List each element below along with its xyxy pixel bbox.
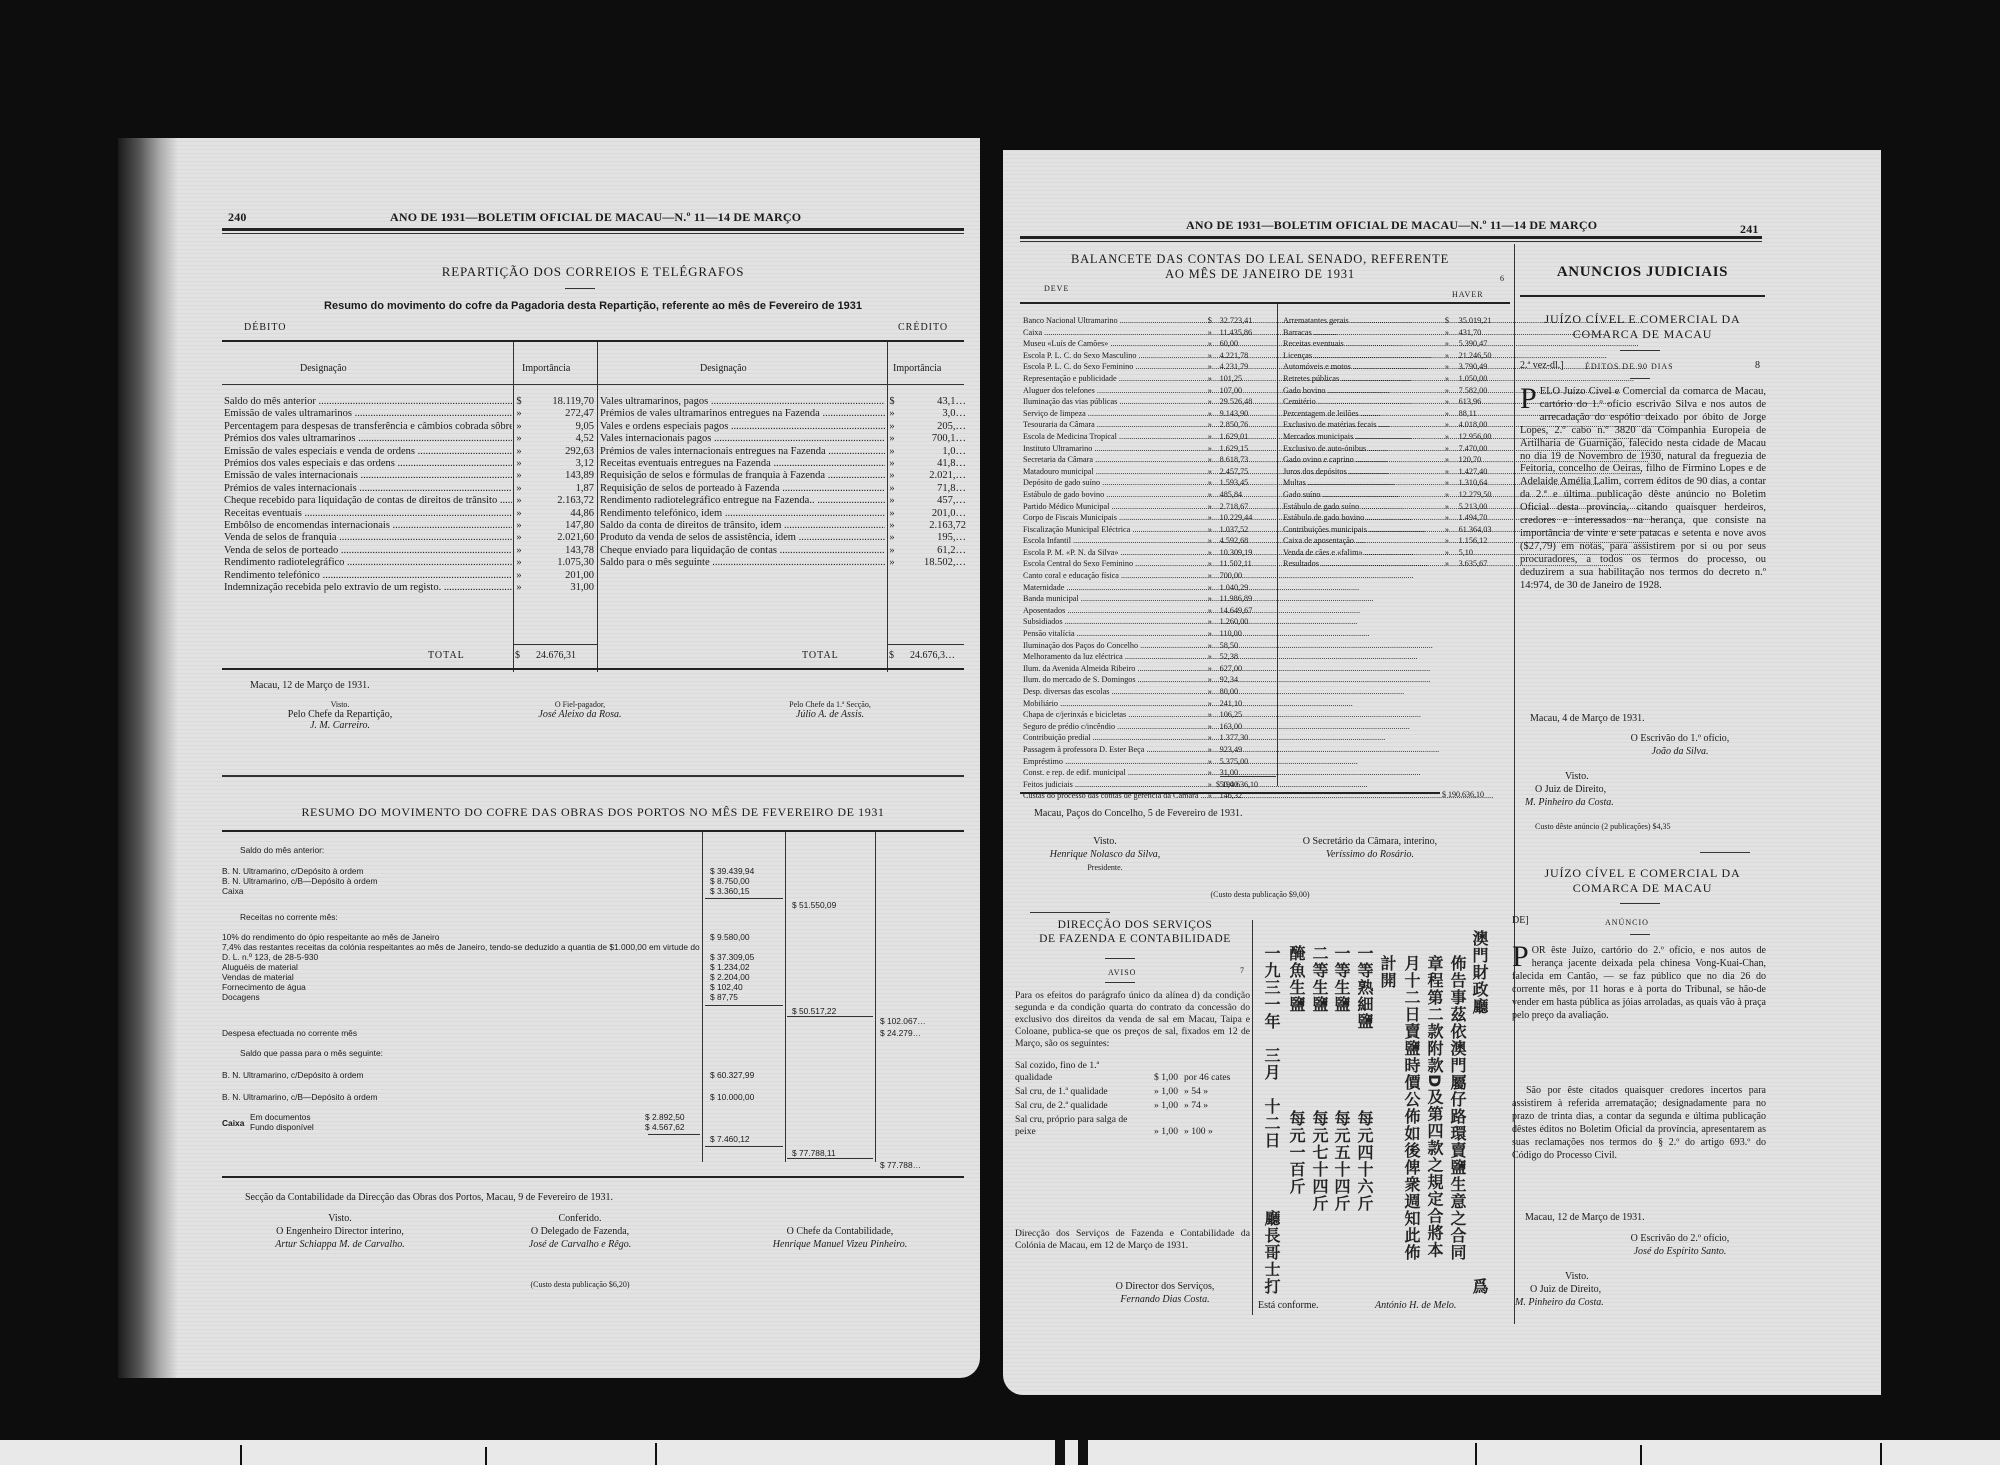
obras-row-label: B. N. Ultramarino, c/Depósito à ordem (222, 1070, 364, 1080)
signature-block: O Chefe da Contabilidade, Henrique Manue… (720, 1225, 960, 1251)
table-row: Aluguer dos telefones»107,00 (1022, 386, 1275, 396)
row-amount: 2.021,60 (526, 532, 596, 544)
row-label: Resultados (1283, 559, 1319, 568)
obras-row-label: Docagens (222, 992, 260, 1002)
row-label: Juros dos depósitos (1283, 467, 1347, 476)
currency-sign: » (512, 545, 526, 557)
place-date: Macau, 4 de Março de 1931. (1530, 713, 1645, 724)
page-number: 240 (228, 210, 247, 225)
currency-sign: $ (885, 396, 899, 408)
row-label: Partido Médico Municipal (1023, 502, 1109, 511)
row-label: Vales internacionais pagos (600, 433, 711, 444)
currency-sign: » (885, 495, 899, 507)
obras-row-amount: $ 2.204,00 (710, 972, 750, 982)
row-amount: 71,8… (899, 483, 968, 495)
page-number: 241 (1740, 222, 1759, 237)
table-row: Prémios dos vales especiais e das ordens… (222, 458, 596, 470)
row-label: Banco Nacional Ultramarino (1023, 316, 1118, 325)
row-label: Gado bovino (1283, 386, 1326, 395)
row-label: Escola Infantil (1023, 536, 1071, 545)
row-label: Vales e ordens especiais pagos (600, 421, 728, 432)
row-label: Iluminação das vias públicas (1023, 397, 1117, 406)
table-row: Escola Central do Sexo Feminino»11.502,1… (1022, 559, 1275, 569)
chinese-item-price: 每元四十六斤 (1355, 1110, 1373, 1212)
table-row: Corpo de Fiscais Municipais»10.229,44 (1022, 513, 1275, 523)
table-row: Secretaria da Câmara»8.618,73 (1022, 455, 1275, 465)
row-label: Tesouraria da Câmara (1023, 420, 1095, 429)
table-row: Exclusivo de auto-ónibus»7.470,00 (1282, 444, 1513, 454)
salt-price: » 1,00 (1130, 1126, 1178, 1138)
obras-subtotal: $ 7.460,12 (710, 1134, 750, 1144)
obras-subheading: Receitas no corrente mês: (240, 912, 338, 922)
table-row: Representação e publicidade»101,25 (1022, 374, 1275, 384)
table-row: Serviço de limpeza»9.143,90 (1022, 409, 1275, 419)
table-row: Prémios de vales ultramarinos entregues … (598, 408, 968, 420)
row-label: Feitos judiciais (1023, 780, 1073, 789)
row-label: Cheque recebido para liquidação de conta… (224, 495, 497, 506)
currency-sign: » (512, 483, 526, 495)
film-edge-strip (0, 1440, 2000, 1465)
table-row: Chapa de c/jerinxás e bicicletas»106,25 (1022, 710, 1275, 720)
row-label: Receitas eventuais (224, 508, 302, 519)
table-row: Cemitério»613,96 (1282, 397, 1513, 407)
table-row: Estábulo de gado suíno»5.213,00 (1282, 502, 1513, 512)
salt-quantity: » 100 » (1184, 1126, 1213, 1138)
row-amount: 1,87 (526, 483, 596, 495)
row-amount: 18.119,70 (526, 396, 596, 408)
row-label: Rendimento telefónico, idem (600, 508, 722, 519)
currency-sign: » (512, 508, 526, 520)
row-label: Prémios de vales internacionais (224, 483, 357, 494)
table-row: Canto coral e educação física»700,00 (1022, 571, 1275, 581)
row-label: Caixa de aposentação (1283, 536, 1354, 545)
table-row: Fiscalização Municipal Eléctrica»1.037,5… (1022, 525, 1275, 535)
notice-body: POR êste Juízo, cartório do 2.º ofício, … (1512, 944, 1766, 1022)
table-row: Resultados»3.635,67 (1282, 559, 1513, 569)
notice-kind: ANÚNCIO (1605, 918, 1649, 927)
row-label: Escola de Medicina Tropical (1023, 432, 1117, 441)
deve-table: Banco Nacional Ultramarino$32.723,41Caix… (1020, 314, 1277, 803)
row-label: Requisição de selos e fórmulas de franqu… (600, 470, 825, 481)
debit-total-amount: 24.676,31 (536, 650, 576, 661)
table-row: Saldo para o mês seguinte»18.502,… (598, 557, 968, 569)
row-amount: 272,47 (526, 408, 596, 420)
table-row: Barracas»431,70 (1282, 328, 1513, 338)
obras-row-amount: $ 1.234,02 (710, 962, 750, 972)
salt-type: Sal cru, de 2.ª qualidade (1015, 1100, 1130, 1112)
row-label: Instituto Ultramarino (1023, 444, 1092, 453)
row-amount: 292,63 (526, 446, 596, 458)
row-label: Multas (1283, 478, 1306, 487)
row-label: Escola Central do Sexo Feminino (1023, 559, 1133, 568)
currency-sign: $ (889, 650, 894, 661)
row-label: Pensão vitalícia (1023, 629, 1075, 638)
table-row: Estábulo de gado bovino»1.494,70 (1282, 513, 1513, 523)
row-label: Aluguer dos telefones (1023, 386, 1095, 395)
table-row: Receitas eventuais entregues na Fazenda»… (598, 458, 968, 470)
row-label: Prémios dos vales ultramarinos (224, 433, 356, 444)
signature-block: Pelo Chefe da 1.ª Secção, Júlio A. de As… (720, 700, 940, 720)
table-row: Partido Médico Municipal»2.718,67 (1022, 502, 1275, 512)
table-row: Mobiliário»241,10 (1022, 699, 1275, 709)
row-amount: 44,86 (526, 508, 596, 520)
row-label: Contribuições municipais (1283, 525, 1367, 534)
table-row: Retretes públicas»1.050,00 (1282, 374, 1513, 384)
table-row: Cheque recebido para liquidação de conta… (222, 495, 596, 507)
salt-type: Sal cru, próprio para salga de peixe (1015, 1114, 1130, 1138)
currency-sign: » (885, 421, 899, 433)
currency-sign: » (512, 421, 526, 433)
row-amount: 41,8… (899, 458, 968, 470)
chinese-item-price: 每元七十四斤 (1310, 1110, 1328, 1212)
table-row: Subsidiados»1.260,00 (1022, 617, 1275, 627)
obras-row-label: 10% do rendimento do ópio respeitante ao… (222, 932, 439, 942)
publication-cost: Custo dêste anúncio (2 publicações) $4,3… (1535, 822, 1671, 831)
credit-total-amount: 24.676,3… (910, 650, 955, 661)
table-row: Gado bovino»7.582,00 (1282, 386, 1513, 396)
currency-sign: » (885, 433, 899, 445)
credit-total-label: Total (802, 650, 839, 661)
row-amount: 205,… (899, 421, 968, 433)
debit-total-label: Total (428, 650, 465, 661)
obras-row-amount: $ 37.309,05 (710, 952, 754, 962)
obras-row-amount: $ 9.580,00 (710, 932, 750, 942)
place-date: Secção da Contabilidade da Direcção das … (245, 1192, 613, 1203)
row-amount: 195,… (899, 532, 968, 544)
row-label: Vales ultramarinos, pagos (600, 396, 708, 407)
row-label: Saldo do mês anterior (224, 396, 316, 407)
signature-block: Conferido. O Delegado de Fazenda, José d… (470, 1212, 690, 1251)
chinese-signer: 廳長哥士打 (1262, 1210, 1280, 1295)
row-amount: 3,12 (526, 458, 596, 470)
currency-sign: » (512, 557, 526, 569)
credit-label: Crédito (898, 322, 948, 333)
table-row: Pensão vitalícia»110,00 (1022, 629, 1275, 639)
notice-body: São por êste citados quaisquer credores … (1512, 1084, 1766, 1162)
signature-block: Visto. Pelo Chefe da Repartição, J. M. C… (240, 700, 440, 731)
table-row: Contribuições municipais»61.364,03 (1282, 525, 1513, 535)
currency-sign: » (512, 570, 526, 582)
row-label: Retretes públicas (1283, 374, 1339, 383)
obras-subheading: Saldo que passa para o mês seguinte: (240, 1048, 383, 1058)
row-label: Maternidade (1023, 583, 1064, 592)
currency-sign: $ (515, 650, 520, 661)
table-row: Requisição de selos de porteado à Fazend… (598, 483, 968, 495)
obras-row-label: Fornecimento de água (222, 982, 306, 992)
table-row: Prémios de vales internacionais entregue… (598, 446, 968, 458)
table-row: Prémios dos vales ultramarinos»4,52 (222, 433, 596, 445)
table-row: Prémios de vales internacionais»1,87 (222, 483, 596, 495)
table-row: Matadouro municipal»2.457,75 (1022, 467, 1275, 477)
row-label: Emissão de vales especiais e venda de or… (224, 446, 415, 457)
obras-row-label: Aluguéis de material (222, 962, 298, 972)
obras-row-amount: $ 2.892,50 (645, 1112, 685, 1122)
currency-sign: » (512, 582, 526, 594)
table-row: Caixa»11.435,86 (1022, 328, 1275, 338)
row-label: Cemitério (1283, 397, 1316, 406)
conforme-label: Está conforme. (1258, 1300, 1319, 1311)
table-row: Percentagem de leilões»88,11 (1282, 409, 1513, 419)
row-amount: 3,0… (899, 408, 968, 420)
currency-sign: » (885, 446, 899, 458)
translator-signature: António H. de Melo. (1375, 1300, 1456, 1311)
row-label: Escola P. L. C. do Sexo Masculino (1023, 351, 1136, 360)
row-label: Matadouro municipal (1023, 467, 1094, 476)
notice-tag: DE] (1512, 915, 1529, 926)
section-subtitle: Resumo do movimento do cofre da Pagadori… (222, 300, 964, 312)
court-name: JUÍZO CÍVEL E COMERCIAL DA COMARCA DE MA… (1520, 866, 1765, 896)
chinese-heading: 澳門財政廳 (1470, 930, 1488, 1015)
currency-sign: » (885, 458, 899, 470)
row-label: Prémios de vales internacionais entregue… (600, 446, 826, 457)
obras-row-label: Fundo disponível (250, 1122, 314, 1132)
row-label: Subsidiados (1023, 617, 1063, 626)
publication-cost: (Custo desta publicação $6,20) (470, 1280, 690, 1289)
debit-label: Débito (244, 322, 286, 333)
row-label: Representação e publicidade (1023, 374, 1117, 383)
signature-block: O Secretário da Câmara, interino, Veríss… (1250, 835, 1490, 861)
row-amount: 4,52 (526, 433, 596, 445)
row-label: Iluminação dos Paços do Concelho (1023, 641, 1138, 650)
signature-block: Visto. O Engenheiro Director interino, A… (230, 1212, 450, 1251)
table-row: Gado ovino e caprino»120,70 (1282, 455, 1513, 465)
table-row: Instituto Ultramarino»1.629,15 (1022, 444, 1275, 454)
row-amount: 1,0… (899, 446, 968, 458)
row-label: Requisição de selos de porteado à Fazend… (600, 483, 780, 494)
table-row: Estábulo de gado bovino»485,84 (1022, 490, 1275, 500)
aviso-closing: Direcção dos Serviços de Fazenda e Conta… (1015, 1228, 1250, 1252)
currency-sign: » (512, 408, 526, 420)
chinese-body-col: 佈告事茲依澳門屬仔路環賣鹽生意之合同 (1448, 955, 1466, 1261)
row-label: Rendimento radiotelegráfico entregue na … (600, 495, 815, 506)
table-row: Receitas eventuais»5.390,47 (1282, 339, 1513, 349)
currency-sign: » (512, 433, 526, 445)
row-amount: 1.075,30 (526, 557, 596, 569)
chinese-date: 一九三一年 三月 十二日 (1262, 945, 1280, 1149)
row-label: Secretaria da Câmara (1023, 455, 1093, 464)
obras-row-label: Caixa (222, 886, 243, 896)
table-row: Museu «Luís de Camões»»60,00 (1022, 339, 1275, 349)
row-label: Percentagem de leilões (1283, 409, 1358, 418)
currency-sign: » (512, 458, 526, 470)
table-row: Percentagem para despesas de transferênc… (222, 421, 596, 433)
table-row: Rendimento telefónico»201,00 (222, 570, 596, 582)
obras-grand-total: $ 77.788… (880, 1160, 921, 1170)
salt-price-row: Sal cru, próprio para salga de peixe» 1,… (1015, 1114, 1250, 1138)
table-row: Rendimento radiotelegráfico»1.075,30 (222, 557, 596, 569)
row-label: Escola P. L. C. do Sexo Feminino (1023, 362, 1133, 371)
row-label: Depósito de gado suíno (1023, 478, 1100, 487)
section-title: ANUNCIOS JUDICIAIS (1520, 264, 1765, 281)
chinese-item-name: 醃魚生鹽 (1287, 945, 1305, 1013)
currency-sign: » (512, 532, 526, 544)
haver-label: Haver (1452, 290, 1484, 299)
row-label: Gado ovino e caprino (1283, 455, 1354, 464)
obras-caixa-label: Caixa (222, 1118, 244, 1128)
row-label: Arrematantes gerais (1283, 316, 1349, 325)
table-row: Banco Nacional Ultramarino$32.723,41 (1022, 316, 1275, 326)
chinese-list-heading: 計開 (1378, 955, 1396, 989)
salt-price-row: Sal cozido, fino de 1.ª qualidade$ 1,00p… (1015, 1060, 1250, 1084)
table-row: Rendimento telefónico, idem»201,0… (598, 508, 968, 520)
table-row: Maternidade»1.040,29 (1022, 583, 1275, 593)
row-label: Ilum. da Avenida Almeida Ribeiro (1023, 664, 1135, 673)
row-label: Aposentados (1023, 606, 1065, 615)
table-row: Emissão de vales internacionais»143,89 (222, 470, 596, 482)
salt-price-row: Sal cru, de 1.ª qualidade» 1,00» 54 » (1015, 1086, 1250, 1098)
row-label: Exclusivo de auto-ónibus (1283, 444, 1366, 453)
judge-signature: Visto. O Juiz de Direito, M. Pinheiro da… (1525, 770, 1614, 809)
haver-table: Arrematantes gerais$35.019,21Barracas»43… (1280, 314, 1515, 571)
obras-row-amount: $ 102,40 (710, 982, 743, 992)
row-label: Emissão de vales internacionais (224, 470, 358, 481)
row-label: Passagem à professora D. Ester Beça (1023, 745, 1144, 754)
running-title: ANO DE 1931—BOLETIM OFICIAL DE MACAU—N.º… (1186, 218, 1597, 233)
row-label: Barracas (1283, 328, 1312, 337)
obras-row-label: Em documentos (250, 1112, 311, 1122)
notice-kind: ÉDITOS DE 90 DIAS (1585, 362, 1674, 371)
table-row: Venda de cães e «falim»»5,10 (1282, 548, 1513, 558)
ref-number: 6 (1500, 274, 1504, 283)
table-row: Produto da venda de selos de assistência… (598, 532, 968, 544)
row-label: Estábulo de gado bovino (1283, 513, 1364, 522)
row-amount: 700,1… (899, 433, 968, 445)
page-edge-shadow (118, 138, 178, 1378)
row-label: Contribuição predial (1023, 733, 1091, 742)
row-label: Rendimento telefónico (224, 570, 320, 581)
chinese-item-name: 一等熟細鹽 (1355, 945, 1373, 1030)
row-label: Estábulo de gado suíno (1283, 502, 1359, 511)
row-label: Percentagem para despesas de transferênc… (224, 421, 512, 432)
table-row: Escola de Medicina Tropical»1.629,01 (1022, 432, 1275, 442)
row-amount: 43,1… (899, 396, 968, 408)
row-label: Fiscalização Municipal Eléctrica (1023, 525, 1130, 534)
judge-signature: Visto. O Juiz de Direito, M. Pinheiro da… (1515, 1270, 1604, 1309)
obras-row-amount: $ 3.360,15 (710, 886, 750, 896)
chinese-item-name: 一等生鹽 (1332, 945, 1350, 1013)
section-title: RESUMO DO MOVIMENTO DO COFRE DAS OBRAS D… (222, 805, 964, 820)
row-label: Mobiliário (1023, 699, 1058, 708)
section-title: DIRECÇÃO DOS SERVIÇOS DE FAZENDA E CONTA… (1015, 918, 1255, 946)
table-row: Tesouraria da Câmara»2.850,76 (1022, 420, 1275, 430)
section-title: BALANCETE DAS CONTAS DO LEAL SENADO, REF… (1020, 252, 1500, 282)
salt-quantity: » 54 » (1184, 1086, 1208, 1098)
table-row: Multas»1.310,64 (1282, 478, 1513, 488)
row-label: Banda municipal (1023, 594, 1079, 603)
table-row: Venda de selos de porteado»143,78 (222, 545, 596, 557)
chinese-item-price: 每元一百斤 (1287, 1110, 1305, 1195)
table-row: Venda de selos de franquia»2.021,60 (222, 532, 596, 544)
salt-quantity: » 74 » (1184, 1100, 1208, 1112)
table-row: Ilum. do mercado de S. Domingos»92,34 (1022, 675, 1275, 685)
table-row: Vales ultramarinos, pagos$43,1… (598, 396, 968, 408)
notice-tag: 2.ª vez-dl.] (1520, 360, 1564, 371)
row-amount: 18.502,… (899, 557, 968, 569)
table-row: Caixa de aposentação»1.156,12 (1282, 536, 1513, 546)
row-label: Melhoramento da luz eléctrica (1023, 652, 1123, 661)
row-label: Produto da venda de selos de assistência… (600, 532, 796, 543)
table-row: Escola Infantil»4.592,68 (1022, 536, 1275, 546)
signature-block: O Director dos Serviços, Fernando Dias C… (1080, 1280, 1250, 1306)
obras-row-amount: $ 24.279… (880, 1028, 921, 1038)
row-label: Receitas eventuais entregues na Fazenda (600, 458, 771, 469)
row-label: Venda de selos de porteado (224, 545, 338, 556)
obras-row-label: Despesa efectuada no corrente mês (222, 1028, 357, 1038)
obras-subtotal: $ 50.517,22 (792, 1006, 836, 1016)
table-row: Melhoramento da luz eléctrica»52,38 (1022, 652, 1275, 662)
obras-row-label: B. N. Ultramarino, c/Depósito à ordem (222, 866, 364, 876)
row-label: Empréstimo (1023, 757, 1063, 766)
aviso-intro: Para os efeitos do parágrafo único da al… (1015, 990, 1250, 1050)
salt-price-row: Sal cru, de 2.ª qualidade» 1,00» 74 » (1015, 1100, 1250, 1112)
currency-sign: » (512, 446, 526, 458)
credit-table: Vales ultramarinos, pagos$43,1…Prémios d… (598, 396, 968, 570)
row-amount: 147,80 (526, 520, 596, 532)
row-label: Prémios de vales ultramarinos entregues … (600, 408, 820, 419)
row-label: Gado suíno (1283, 490, 1321, 499)
table-row: Automóveis e motos»3.790,49 (1282, 362, 1513, 372)
section-title: REPARTIÇÃO DOS CORREIOS E TELÉGRAFOS (222, 264, 964, 280)
obras-row-amount: $ 8.750,00 (710, 876, 750, 886)
ref-number: 7 (1240, 966, 1244, 975)
obras-grand-total: $ 102.067… (880, 1016, 926, 1026)
table-row: Embôlso de encomendas internacionais»147… (222, 520, 596, 532)
table-row: Depósito de gado suíno»1.593,45 (1022, 478, 1275, 488)
aviso-heading: AVISO (1108, 968, 1136, 977)
table-row: Vales internacionais pagos»700,1… (598, 433, 968, 445)
currency-sign: $ (512, 396, 526, 408)
obras-row-label: 7,4% das restantes receitas da colónia r… (222, 942, 700, 962)
table-row: Emissão de vales ultramarinos»272,47 (222, 408, 596, 420)
table-row: Receitas eventuais»44,86 (222, 508, 596, 520)
deve-label: Deve (1044, 284, 1069, 293)
table-row: Seguro de prédio c/incêndio»163,00 (1022, 722, 1275, 732)
table-row: Requisição de selos e fórmulas de franqu… (598, 470, 968, 482)
table-row: Escola P. L. C. do Sexo Masculino»4.221,… (1022, 351, 1275, 361)
row-label: Indemnização recebida pelo extravio de u… (224, 582, 441, 593)
table-row: Mercados municipais»12.956,00 (1282, 432, 1513, 442)
chinese-item-name: 二等生鹽 (1310, 945, 1328, 1013)
salt-price: $ 1,00 (1130, 1072, 1178, 1084)
row-amount: 143,89 (526, 470, 596, 482)
currency-sign: » (885, 483, 899, 495)
place-date: Macau, 12 de Março de 1931. (1525, 1212, 1645, 1223)
currency-sign: » (885, 532, 899, 544)
row-label: Saldo para o mês seguinte (600, 557, 710, 568)
table-row: Iluminação dos Paços do Concelho»58,50 (1022, 641, 1275, 651)
obras-row-label: B. N. Ultramarino, c/B—Depósito à ordem (222, 876, 377, 886)
row-label: Serviço de limpeza (1023, 409, 1086, 418)
table-row: Rendimento radiotelegráfico entregue na … (598, 495, 968, 507)
signature-block: O Fiel-pagador, José Aleixo da Rosa. (480, 700, 680, 720)
salt-price: » 1,00 (1130, 1086, 1178, 1098)
obras-row-amount: $ 39.439,94 (710, 866, 754, 876)
row-label: Ilum. do mercado de S. Domingos (1023, 675, 1136, 684)
row-label: Corpo de Fiscais Municipais (1023, 513, 1117, 522)
row-amount: 61,2… (899, 545, 968, 557)
haver-total: $ 190.636,10 (1442, 790, 1484, 799)
obras-subheading: Saldo do mês anterior: (240, 845, 324, 855)
table-row: Banda municipal»11.986,89 (1022, 594, 1275, 604)
obras-row-amount: $ 60.327,99 (710, 1070, 754, 1080)
currency-sign: » (885, 557, 899, 569)
row-amount: 457,… (899, 495, 968, 507)
row-label: Escola P. M. «P. N. da Silva» (1023, 548, 1119, 557)
currency-sign: » (512, 470, 526, 482)
currency-sign: » (885, 470, 899, 482)
signature-block: O Escrivão do 1.º ofício, João da Silva. (1590, 732, 1770, 758)
chinese-body-col: 章程第二款附款D及第四款之規定合將本 (1425, 955, 1443, 1258)
